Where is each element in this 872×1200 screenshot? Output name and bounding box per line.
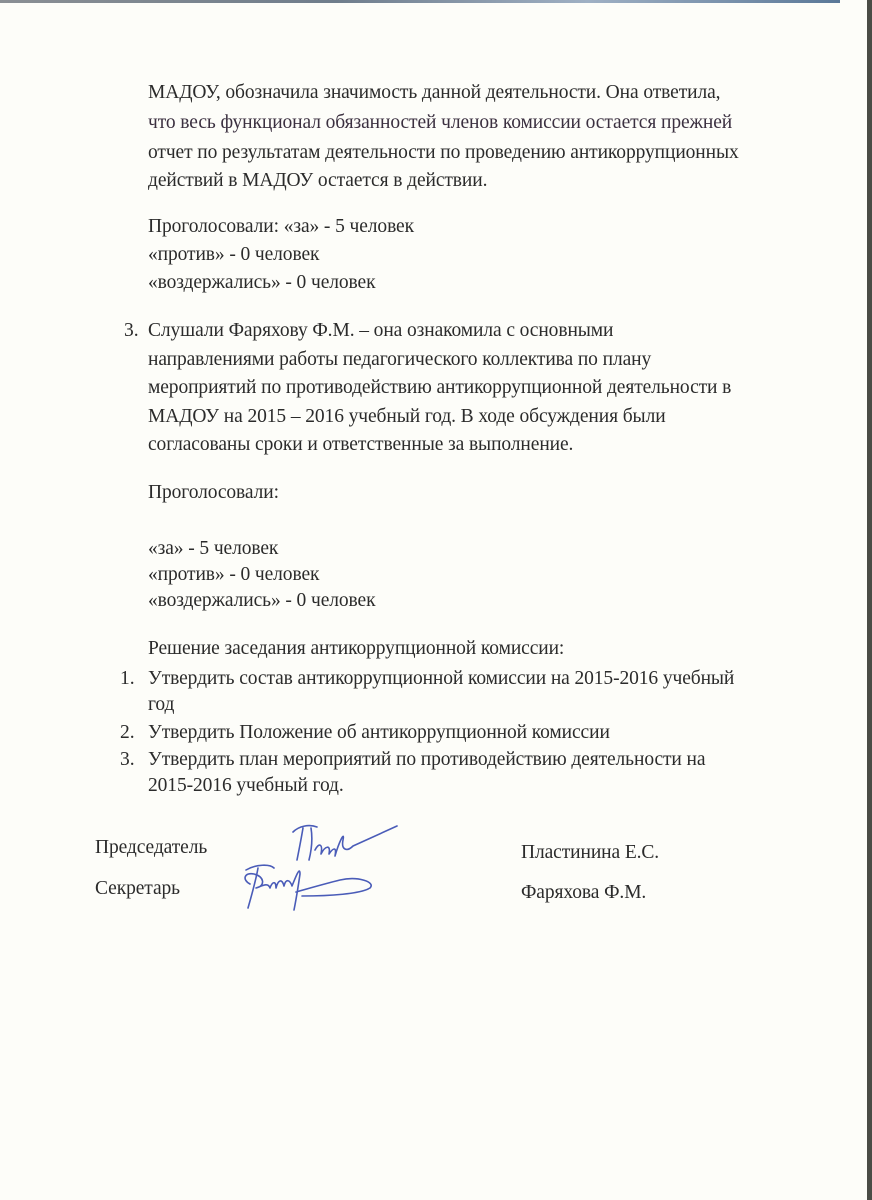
secretary-name: Фаряхова Ф.М. [521, 880, 646, 906]
decision-line: год [148, 692, 174, 718]
decision-number: 1. [120, 666, 135, 692]
decision-line: Утвердить состав антикоррупционной комис… [148, 666, 734, 692]
decision-number: 2. [120, 720, 135, 746]
item-line: направлениями работы педагогического кол… [148, 347, 651, 373]
secretary-signature-icon [240, 858, 390, 914]
decision-line: Утвердить план мероприятий по противодей… [148, 747, 705, 773]
vote-abstained: «воздержались» - 0 человек [148, 588, 375, 614]
item-line: мероприятий по противодействию антикорру… [148, 375, 731, 401]
vote-for: Проголосовали: «за» - 5 человек [148, 214, 414, 240]
vote-against: «против» - 0 человек [148, 242, 319, 268]
intro-line: отчет по результатам деятельности по про… [148, 140, 739, 166]
intro-line: что весь функционал обязанностей членов … [148, 110, 732, 136]
vote-label: Проголосовали: [148, 480, 279, 506]
scan-right-edge [867, 0, 872, 1200]
intro-line: МАДОУ, обозначила значимость данной деят… [148, 80, 720, 106]
intro-line: действий в МАДОУ остается в действии. [148, 168, 487, 194]
secretary-role: Секретарь [95, 876, 180, 902]
document-page: МАДОУ, обозначила значимость данной деят… [0, 0, 867, 1200]
vote-abstained: «воздержались» - 0 человек [148, 270, 375, 296]
decision-line: 2015-2016 учебный год. [148, 773, 344, 799]
decision-heading: Решение заседания антикоррупционной коми… [148, 636, 564, 662]
item-line: согласованы сроки и ответственные за вып… [148, 432, 573, 458]
vote-against: «против» - 0 человек [148, 562, 319, 588]
chairman-name: Пластинина Е.С. [521, 840, 659, 866]
decision-line: Утвердить Положение об антикоррупционной… [148, 720, 610, 746]
item-number: 3. [124, 318, 139, 344]
item-line: Слушали Фаряхову Ф.М. – она ознакомила с… [148, 318, 613, 344]
decision-number: 3. [120, 747, 135, 773]
item-line: МАДОУ на 2015 – 2016 учебный год. В ходе… [148, 404, 666, 430]
vote-for: «за» - 5 человек [148, 536, 278, 562]
chairman-role: Председатель [95, 835, 207, 861]
